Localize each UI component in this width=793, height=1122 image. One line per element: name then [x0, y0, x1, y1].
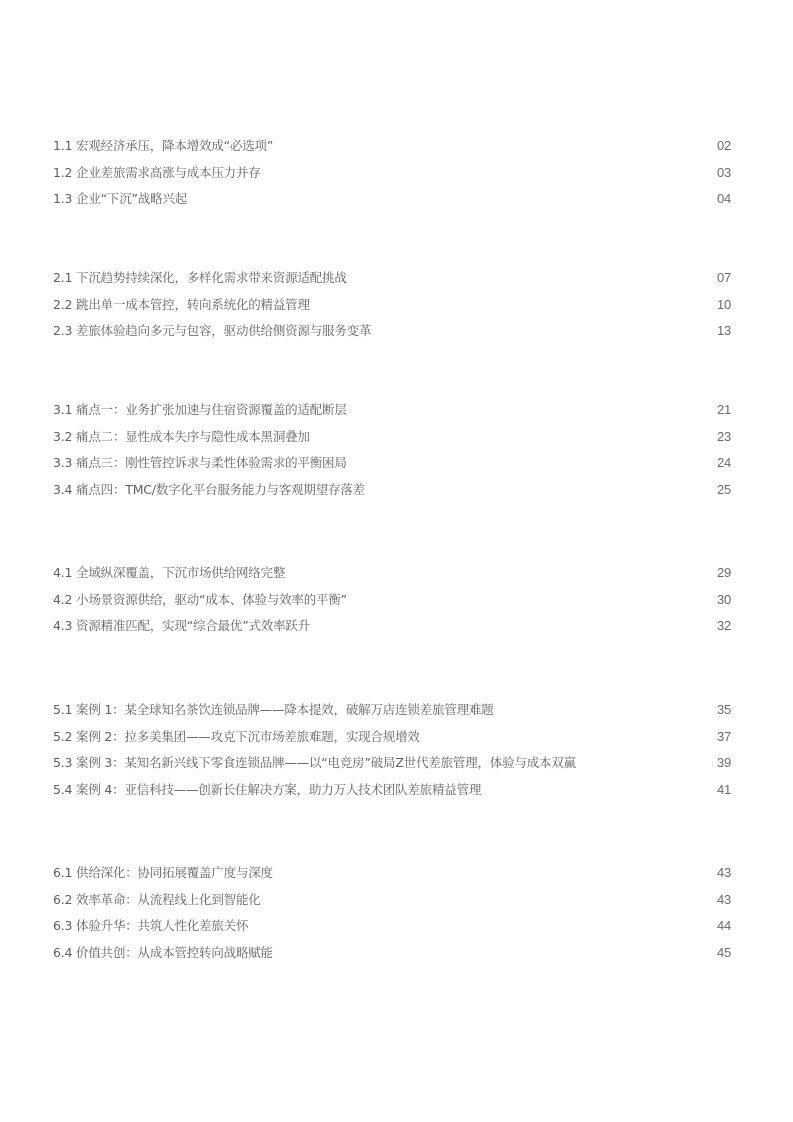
toc-entry[interactable]: 2.3 差旅体验趋向多元与包容，驱动供给侧资源与服务变革 13 — [53, 323, 731, 350]
toc-entry[interactable]: 1.1 宏观经济承压，降本增效成“必选项” 02 — [53, 138, 731, 165]
toc-entry[interactable]: 6.2 效率革命：从流程线上化到智能化 43 — [53, 892, 731, 919]
toc-entry-title: 5.1 案例 1：某全球知名茶饮连锁品牌——降本提效，破解万店连锁差旅管理难题 — [53, 702, 493, 718]
toc-entry-title: 3.1 痛点一：业务扩张加速与住宿资源覆盖的适配断层 — [53, 402, 347, 418]
toc-entry-page: 29 — [705, 565, 731, 581]
toc-entry-page: 24 — [705, 455, 731, 471]
toc-entry-page: 13 — [705, 323, 731, 339]
toc-section-5: 5.1 案例 1：某全球知名茶饮连锁品牌——降本提效，破解万店连锁差旅管理难题 … — [53, 702, 731, 808]
toc-section-2: 2.1 下沉趋势持续深化，多样化需求带来资源适配挑战 07 2.2 跳出单一成本… — [53, 270, 731, 350]
toc-entry[interactable]: 4.1 全域纵深覆盖，下沉市场供给网络完整 29 — [53, 565, 731, 592]
toc-entry-page: 30 — [705, 592, 731, 608]
toc-entry-title: 4.3 资源精准匹配，实现“综合最优”式效率跃升 — [53, 618, 310, 634]
toc-entry[interactable]: 1.2 企业差旅需求高涨与成本压力并存 03 — [53, 165, 731, 192]
toc-entry-title: 6.1 供给深化：协同拓展覆盖广度与深度 — [53, 865, 273, 881]
toc-entry[interactable]: 4.3 资源精准匹配，实现“综合最优”式效率跃升 32 — [53, 618, 731, 645]
toc-entry-page: 43 — [705, 865, 731, 881]
toc-entry-title: 1.1 宏观经济承压，降本增效成“必选项” — [53, 138, 273, 154]
toc-entry-title: 2.2 跳出单一成本管控，转向系统化的精益管理 — [53, 297, 310, 313]
toc-entry-title: 5.4 案例 4：亚信科技——创新长住解决方案，助力万人技术团队差旅精益管理 — [53, 782, 481, 798]
toc-entry-title: 4.1 全域纵深覆盖，下沉市场供给网络完整 — [53, 565, 285, 581]
toc-entry-title: 3.2 痛点二：显性成本失序与隐性成本黑洞叠加 — [53, 429, 310, 445]
toc-entry-title: 4.2 小场景资源供给，驱动“成本、体验与效率的平衡” — [53, 592, 347, 608]
toc-entry[interactable]: 3.2 痛点二：显性成本失序与隐性成本黑洞叠加 23 — [53, 429, 731, 456]
toc-section-4: 4.1 全域纵深覆盖，下沉市场供给网络完整 29 4.2 小场景资源供给，驱动“… — [53, 565, 731, 645]
toc-section-6: 6.1 供给深化：协同拓展覆盖广度与深度 43 6.2 效率革命：从流程线上化到… — [53, 865, 731, 971]
toc-entry-title: 5.3 案例 3：某知名新兴线下零食连锁品牌——以“电竞房”破局Z世代差旅管理，… — [53, 755, 576, 771]
toc-entry-page: 45 — [705, 945, 731, 961]
toc-entry-page: 37 — [705, 729, 731, 745]
toc-entry-title: 2.1 下沉趋势持续深化，多样化需求带来资源适配挑战 — [53, 270, 347, 286]
toc-entry-title: 2.3 差旅体验趋向多元与包容，驱动供给侧资源与服务变革 — [53, 323, 371, 339]
toc-entry-page: 41 — [705, 782, 731, 798]
toc-entry-page: 21 — [705, 402, 731, 418]
toc-entry-page: 44 — [705, 918, 731, 934]
toc-entry-page: 39 — [705, 755, 731, 771]
toc-entry-page: 35 — [705, 702, 731, 718]
toc-entry[interactable]: 5.4 案例 4：亚信科技——创新长住解决方案，助力万人技术团队差旅精益管理 4… — [53, 782, 731, 809]
toc-entry-title: 3.4 痛点四：TMC/数字化平台服务能力与客观期望存落差 — [53, 482, 365, 498]
toc-section-1: 1.1 宏观经济承压，降本增效成“必选项” 02 1.2 企业差旅需求高涨与成本… — [53, 138, 731, 218]
toc-entry[interactable]: 2.2 跳出单一成本管控，转向系统化的精益管理 10 — [53, 297, 731, 324]
toc-entry-page: 32 — [705, 618, 731, 634]
toc-entry-title: 6.4 价值共创：从成本管控转向战略赋能 — [53, 945, 273, 961]
toc-entry[interactable]: 6.4 价值共创：从成本管控转向战略赋能 45 — [53, 945, 731, 972]
toc-entry-page: 02 — [705, 138, 731, 154]
toc-entry[interactable]: 3.1 痛点一：业务扩张加速与住宿资源覆盖的适配断层 21 — [53, 402, 731, 429]
toc-entry-title: 5.2 案例 2：拉多美集团——攻克下沉市场差旅难题，实现合规增效 — [53, 729, 420, 745]
toc-entry[interactable]: 3.4 痛点四：TMC/数字化平台服务能力与客观期望存落差 25 — [53, 482, 731, 509]
toc-entry[interactable]: 5.2 案例 2：拉多美集团——攻克下沉市场差旅难题，实现合规增效 37 — [53, 729, 731, 756]
toc-entry[interactable]: 6.1 供给深化：协同拓展覆盖广度与深度 43 — [53, 865, 731, 892]
toc-entry[interactable]: 1.3 企业“下沉”战略兴起 04 — [53, 191, 731, 218]
toc-entry-page: 23 — [705, 429, 731, 445]
toc-entry[interactable]: 5.1 案例 1：某全球知名茶饮连锁品牌——降本提效，破解万店连锁差旅管理难题 … — [53, 702, 731, 729]
toc-entry-title: 1.2 企业差旅需求高涨与成本压力并存 — [53, 165, 261, 181]
toc-entry-title: 6.3 体验升华：共筑人性化差旅关怀 — [53, 918, 248, 934]
toc-entry[interactable]: 5.3 案例 3：某知名新兴线下零食连锁品牌——以“电竞房”破局Z世代差旅管理，… — [53, 755, 731, 782]
toc-entry[interactable]: 6.3 体验升华：共筑人性化差旅关怀 44 — [53, 918, 731, 945]
toc-entry-page: 43 — [705, 892, 731, 908]
toc-entry-page: 03 — [705, 165, 731, 181]
toc-entry-page: 25 — [705, 482, 731, 498]
toc-entry-title: 1.3 企业“下沉”战略兴起 — [53, 191, 187, 207]
toc-section-3: 3.1 痛点一：业务扩张加速与住宿资源覆盖的适配断层 21 3.2 痛点二：显性… — [53, 402, 731, 508]
toc-entry[interactable]: 2.1 下沉趋势持续深化，多样化需求带来资源适配挑战 07 — [53, 270, 731, 297]
toc-entry-title: 3.3 痛点三：刚性管控诉求与柔性体验需求的平衡困局 — [53, 455, 347, 471]
toc-entry-page: 04 — [705, 191, 731, 207]
toc-entry[interactable]: 4.2 小场景资源供给，驱动“成本、体验与效率的平衡” 30 — [53, 592, 731, 619]
toc-entry-page: 07 — [705, 270, 731, 286]
toc-entry-page: 10 — [705, 297, 731, 313]
toc-entry[interactable]: 3.3 痛点三：刚性管控诉求与柔性体验需求的平衡困局 24 — [53, 455, 731, 482]
toc-entry-title: 6.2 效率革命：从流程线上化到智能化 — [53, 892, 261, 908]
